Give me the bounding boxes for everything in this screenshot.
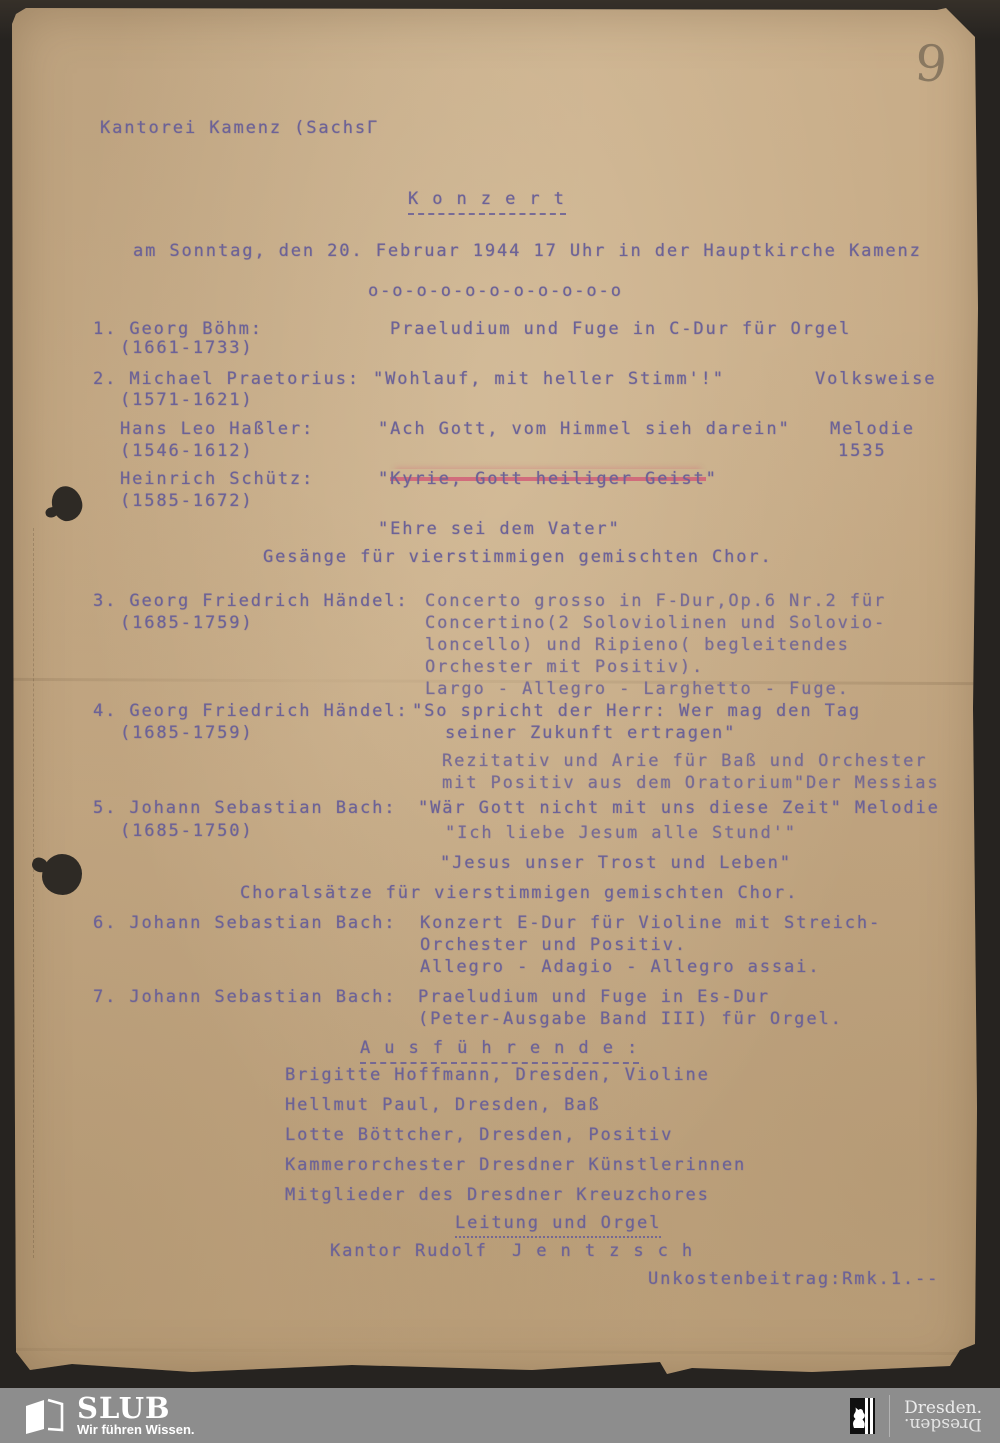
program-item-dates: (1661-1733) xyxy=(120,337,253,359)
program-item-composer: 3. Georg Friedrich Händel: xyxy=(93,590,409,612)
program-item-work: Rezitativ und Arie für Baß und Orchester xyxy=(442,750,927,772)
quote-mark: " xyxy=(378,469,390,489)
program-item-composer: 6. Johann Sebastian Bach: xyxy=(93,912,396,934)
performer-line: Brigitte Hoffmann, Dresden, Violine xyxy=(285,1064,710,1086)
program-item-composer: Heinrich Schütz: xyxy=(120,468,314,490)
program-item-work: Largo - Allegro - Larghetto - Fuge. xyxy=(425,678,850,700)
slub-wordmark: SLUB xyxy=(77,1395,195,1422)
doc-title: K o n z e r t xyxy=(408,188,566,215)
kantor-line: Kantor Rudolf J e n t z s c h xyxy=(330,1240,694,1262)
doc-date-line: am Sonntag, den 20. Februar 1944 17 Uhr … xyxy=(133,240,922,262)
scan-viewer-page: { "colors": { "paper": "#c7ab86", "ink":… xyxy=(0,0,1000,1443)
slub-book-icon xyxy=(24,1398,64,1435)
program-item-work: "Ich liebe Jesum alle Stund'" xyxy=(445,822,797,844)
paper-fold-crease xyxy=(12,1348,980,1355)
program-item-dates: (1685-1759) xyxy=(120,722,253,744)
red-struck-text: Kyrie, Gott heiliger Geist xyxy=(390,469,706,489)
dresden-coat-of-arms-icon xyxy=(850,1398,875,1434)
program-item-work: Praeludium und Fuge in Es-Dur xyxy=(418,986,770,1008)
doc-header: Kantorei Kamenz (SachsΓ xyxy=(100,117,379,139)
program-item-work: "Ehre sei dem Vater" xyxy=(378,518,621,540)
program-item-dates: (1546-1612) xyxy=(120,440,253,462)
dresden-wordmark: Dresden. Dresden. xyxy=(904,1400,982,1432)
handwritten-page-number: 9 xyxy=(913,34,950,95)
program-item-work: (Peter-Ausgabe Band III) für Orgel. xyxy=(418,1008,843,1030)
program-item-note: Volksweise xyxy=(815,368,936,390)
program-item-work-struck: "Kyrie, Gott heiliger Geist" xyxy=(378,468,718,490)
scanned-document-paper: 9 Kantorei Kamenz (SachsΓ K o n z e r t … xyxy=(12,8,980,1380)
viewer-footer-bar: SLUB Wir führen Wissen. Dresden. Dresden… xyxy=(0,1388,1000,1443)
punch-hole xyxy=(42,854,82,895)
quote-mark: " xyxy=(706,469,718,489)
performer-line: Lotte Böttcher, Dresden, Positiv xyxy=(285,1124,673,1146)
performer-line: Hellmut Paul, Dresden, Baß xyxy=(285,1094,601,1116)
footer-divider xyxy=(889,1395,890,1437)
program-item-dates: (1685-1759) xyxy=(120,612,253,634)
program-item-note: Melodie xyxy=(830,418,915,440)
program-item-composer: 4. Georg Friedrich Händel: xyxy=(93,700,409,722)
dresden-logo[interactable]: Dresden. Dresden. xyxy=(850,1395,982,1437)
program-item-work: loncello) und Ripieno( begleitendes xyxy=(425,634,850,656)
program-item-dates: (1585-1672) xyxy=(120,490,253,512)
program-item-work: "Wohlauf, mit heller Stimm'!" xyxy=(373,368,725,390)
program-section-note: Choralsätze für vierstimmigen gemischten… xyxy=(240,882,798,904)
program-item-dates: (1571-1621) xyxy=(120,389,253,411)
program-item-work: Praeludium und Fuge in C-Dur für Orgel xyxy=(390,318,851,340)
program-item-work: mit Positiv aus dem Oratorium"Der Messia… xyxy=(442,772,940,794)
program-item-dates: (1685-1750) xyxy=(120,820,253,842)
slub-logo[interactable]: SLUB Wir führen Wissen. xyxy=(24,1395,195,1437)
program-section-note: Gesänge für vierstimmigen gemischten Cho… xyxy=(263,546,773,568)
leitung-line: Leitung und Orgel xyxy=(455,1212,661,1238)
punch-hole xyxy=(49,483,86,523)
program-item-work: "Ach Gott, vom Himmel sieh darein" xyxy=(378,418,791,440)
doc-separator: o-o-o-o-o-o-o-o-o-o-o xyxy=(368,280,623,302)
program-item-composer: 7. Johann Sebastian Bach: xyxy=(93,986,396,1008)
program-item-work: Orchester mit Positiv). xyxy=(425,656,704,678)
program-item-work: Orchester und Positiv. xyxy=(420,934,687,956)
program-item-work: Konzert E-Dur für Violine mit Streich- xyxy=(420,912,881,934)
program-item-work: "Jesus unser Trost und Leben" xyxy=(440,852,792,874)
program-item-work: Allegro - Adagio - Allegro assai. xyxy=(420,956,820,978)
program-item-work: "So spricht der Herr: Wer mag den Tag xyxy=(412,700,861,722)
program-item-work: Concerto grosso in F-Dur,Op.6 Nr.2 für xyxy=(425,590,886,612)
program-item-composer: 5. Johann Sebastian Bach: xyxy=(93,797,396,819)
performer-line: Kammerorchester Dresdner Künstlerinnen xyxy=(285,1154,746,1176)
dresden-wordmark-mirrored: Dresden. xyxy=(904,1416,982,1432)
program-item-composer: Hans Leo Haßler: xyxy=(120,418,314,440)
paper-fold-crease xyxy=(33,528,34,1258)
program-item-work: Concertino(2 Soloviolinen und Solovio- xyxy=(425,612,886,634)
slub-tagline: Wir führen Wissen. xyxy=(77,1422,195,1437)
fee-line: Unkostenbeitrag:Rmk.1.-- xyxy=(648,1268,939,1290)
performer-line: Mitglieder des Dresdner Kreuzchores xyxy=(285,1184,710,1206)
program-item-composer: 2. Michael Praetorius: xyxy=(93,368,360,390)
program-item-note: 1535 xyxy=(838,440,887,462)
performers-heading: A u s f ü h r e n d e : xyxy=(360,1037,639,1064)
program-item-work: "Wär Gott nicht mit uns diese Zeit" Melo… xyxy=(418,797,940,819)
program-item-work: seiner Zukunft ertragen" xyxy=(445,722,736,744)
